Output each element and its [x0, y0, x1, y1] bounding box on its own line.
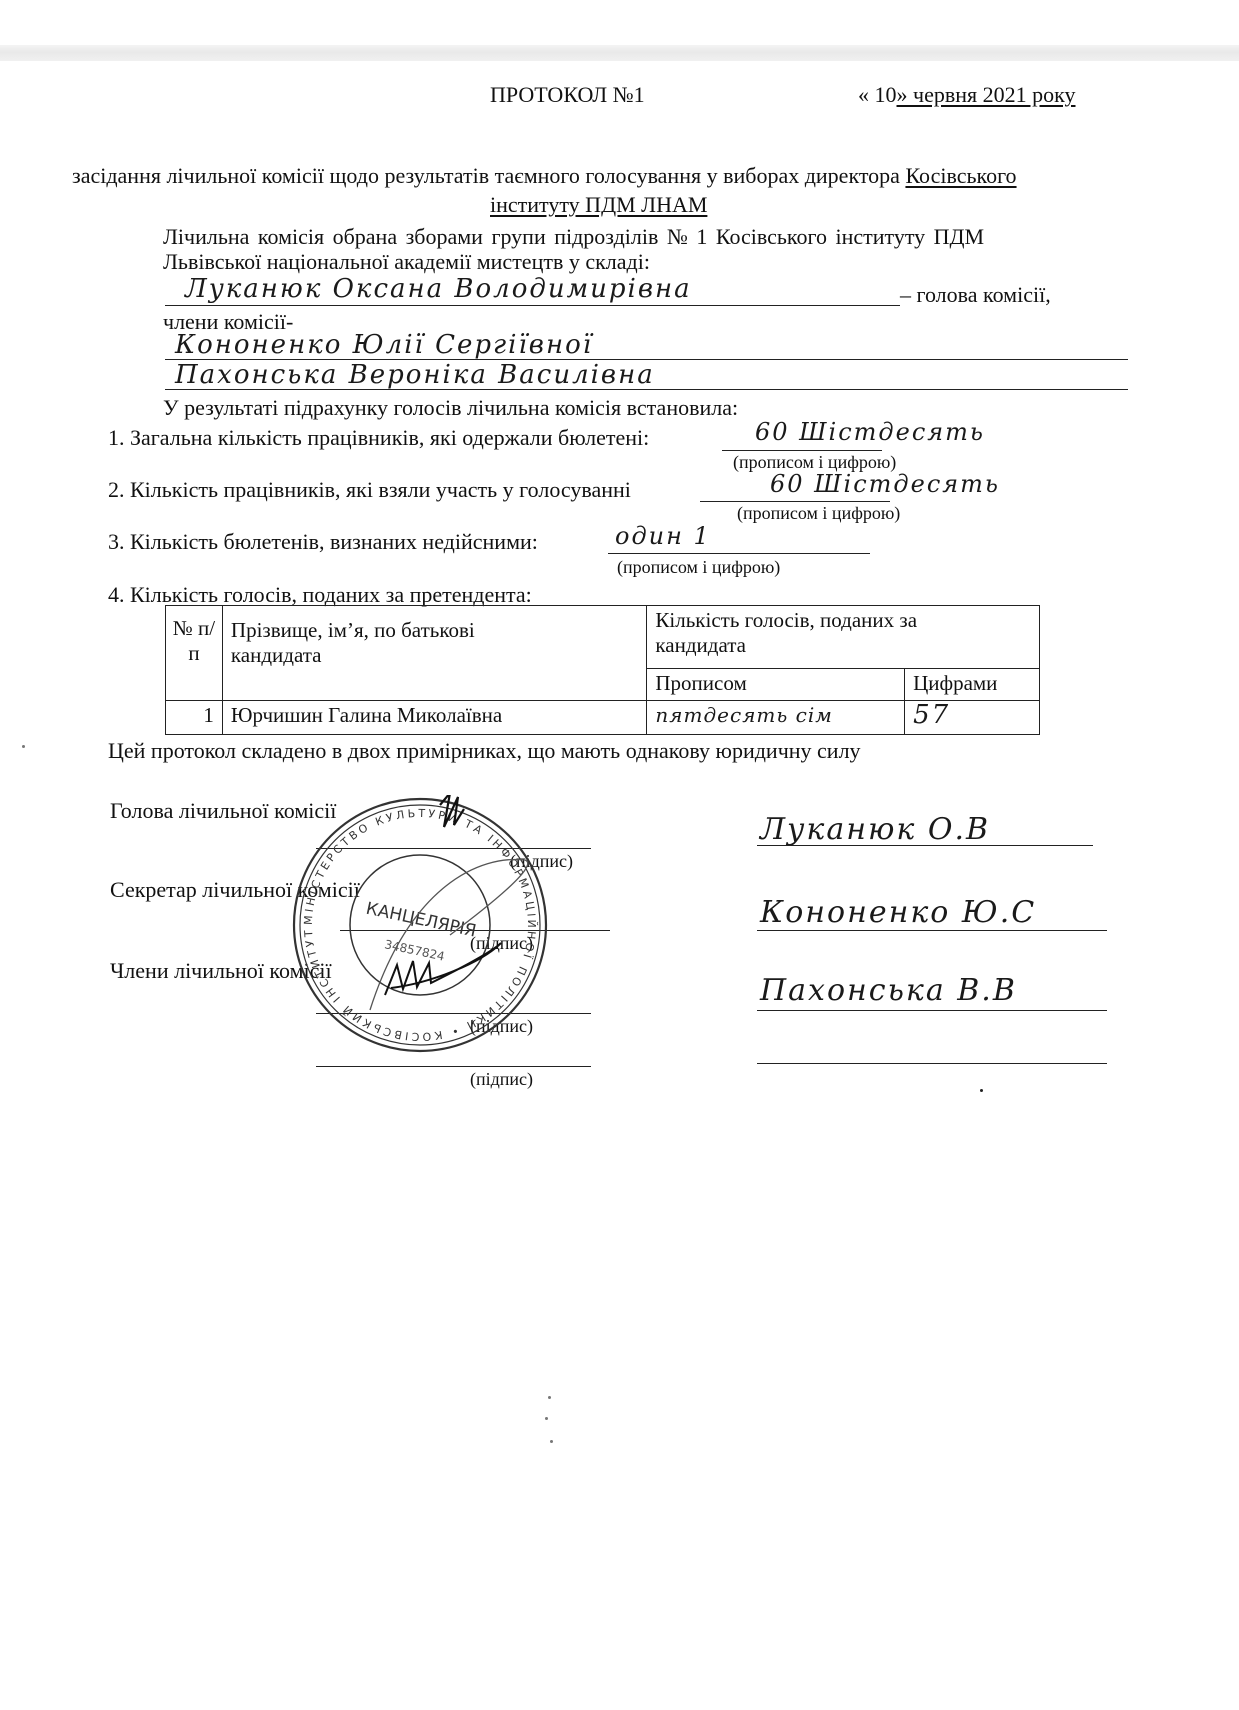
result-item-2-label: 2. Кількість працівників, які взяли учас… [108, 477, 631, 503]
row-votes-in-words: пятдесять сім [647, 701, 905, 735]
result-item-1-line [722, 450, 882, 451]
result-item-1-value: 60 Шістдесять [755, 418, 985, 446]
member-name-handwritten: Кононенко Юлії Сергіївної [175, 330, 593, 360]
protocol-subtitle: засідання лічильної комісії щодо результ… [72, 163, 1017, 189]
votes-table: № п/п Прізвище, ім’я, по батькові кандид… [165, 605, 1040, 735]
stamp-code: 34857824 [383, 937, 446, 963]
scan-speck [980, 1089, 983, 1092]
scan-speck [550, 1440, 553, 1443]
member-line [165, 389, 1128, 390]
member-name-handwritten: Пахонська Вероніка Василівна [175, 360, 655, 390]
scan-speck [548, 1396, 551, 1399]
chair-name-handwritten: Луканюк Оксана Володимирівна [185, 274, 692, 304]
header-in-digits: Цифрами [905, 669, 1040, 701]
chair-printed-name-handwritten: Луканюк О.В [760, 812, 990, 847]
name-line-secretary [757, 930, 1107, 931]
header-votes-group: Кількість голосів, поданих за кандидата [647, 606, 1040, 669]
row-number: 1 [166, 701, 223, 735]
subtitle-institute-line2: інституту ПДМ ЛНАМ [490, 192, 707, 218]
secretary-printed-name-handwritten: Кононенко Ю.С [760, 895, 1036, 930]
date-day: « 10 [858, 82, 897, 107]
result-item-2-value: 60 Шістдесять [770, 470, 1000, 498]
scan-edge-band [0, 45, 1239, 61]
scan-speck [545, 1417, 548, 1420]
header-number: № п/п [166, 606, 223, 701]
protocol-date: « 10» червня 2021 року [858, 82, 1076, 108]
subtitle-institute: Косівського [905, 163, 1016, 188]
subtitle-text: засідання лічильної комісії щодо результ… [72, 163, 905, 188]
result-item-3-value: один 1 [615, 522, 711, 550]
signature-caption-member: (підпис) [470, 1069, 533, 1089]
chair-role-label: – голова комісії, [900, 282, 1051, 308]
protocol-title: ПРОТОКОЛ №1 [490, 82, 645, 108]
result-item-3-label: 3. Кількість бюлетенів, визнаних недійсн… [108, 529, 538, 555]
result-item-1-caption: (прописом і цифрою) [733, 452, 896, 472]
row-votes-in-digits: 57 [905, 701, 1040, 735]
result-item-2-line [700, 501, 890, 502]
result-item-3-caption: (прописом і цифрою) [617, 557, 780, 577]
results-intro: У результаті підрахунку голосів лічильна… [163, 395, 738, 421]
member-printed-name-handwritten: Пахонська В.В [760, 973, 1017, 1008]
result-item-1-label: 1. Загальна кількість працівників, які о… [108, 425, 649, 451]
result-item-2-caption: (прописом і цифрою) [737, 503, 900, 523]
stamp-center-text: КАНЦЕЛЯРІЯ [364, 899, 478, 942]
header-in-words: Прописом [647, 669, 905, 701]
name-line-chair [757, 845, 1093, 846]
copies-statement: Цей протокол складено в двох примірниках… [108, 738, 861, 764]
chair-name-line [165, 305, 900, 306]
name-line-member [757, 1010, 1107, 1011]
header-candidate-name: Прізвище, ім’я, по батькові кандидата [222, 606, 646, 701]
table-row: 1 Юрчишин Галина Миколаївна пятдесять сі… [166, 701, 1040, 735]
result-item-3-line [608, 553, 870, 554]
scan-speck [22, 745, 25, 748]
committee-intro-line2: Львівської національної академії мистецт… [163, 249, 650, 275]
date-month-year: » червня 2021 року [897, 82, 1076, 107]
committee-intro-line1: Лічильна комісія обрана зборами групи пі… [163, 224, 984, 250]
name-line-member-empty [757, 1063, 1107, 1064]
row-candidate-name: Юрчишин Галина Миколаївна [222, 701, 646, 735]
official-stamp: МІНІСТЕРСТВО КУЛЬТУРИ ТА ІНФОРМАЦІЙНОЇ П… [290, 795, 550, 1055]
signature-line-member [316, 1066, 591, 1067]
table-header-row: № п/п Прізвище, ім’я, по батькові кандид… [166, 606, 1040, 669]
